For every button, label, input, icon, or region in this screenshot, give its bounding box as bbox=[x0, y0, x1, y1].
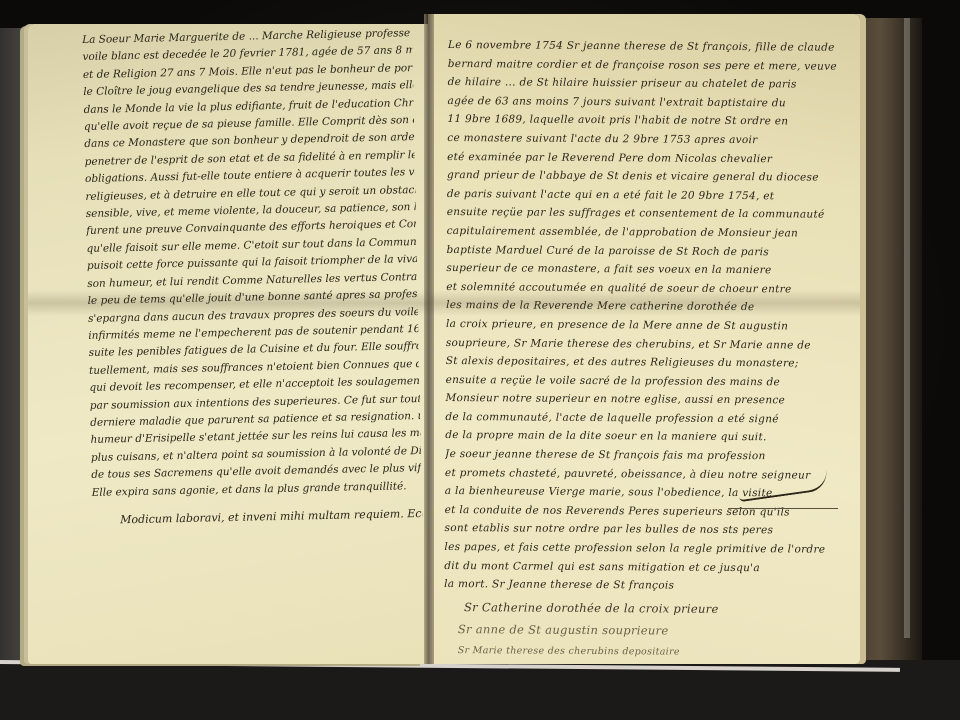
book-gutter bbox=[424, 14, 434, 664]
glass-shadow bbox=[28, 290, 860, 316]
text-line: grand prieur de l'abbaye de St denis et … bbox=[447, 166, 842, 187]
book-cover-right bbox=[858, 18, 922, 668]
signature: Sr anne de St augustin souprieure bbox=[444, 618, 839, 643]
text-line: la mort. Sr Jeanne therese de St françoi… bbox=[444, 575, 839, 596]
latin-epigraph: Modicum laboravi, et inveni mihi multam … bbox=[92, 505, 422, 529]
underline-rule bbox=[728, 508, 838, 509]
text-line: Je soeur jeanne therese de St françois f… bbox=[445, 445, 840, 466]
text-line: les papes, et fais cette profession selo… bbox=[444, 538, 839, 559]
obituary-text: La Soeur Marie Marguerite de ... Marche … bbox=[82, 25, 422, 529]
signatures: Sr Catherine dorothée de la croix prieur… bbox=[443, 596, 839, 664]
photo-scene: La Soeur Marie Marguerite de ... Marche … bbox=[0, 0, 960, 720]
signature: Sr Catherine dorothée de la croix prieur… bbox=[444, 596, 839, 621]
signature: Sr Marie therese des cherubins depositai… bbox=[444, 640, 839, 664]
text-line: de hilaire ... de St hilaire huissier pr… bbox=[448, 73, 843, 94]
left-page: La Soeur Marie Marguerite de ... Marche … bbox=[28, 24, 428, 664]
profession-act-text: Le 6 novembre 1754 Sr jeanne therese de … bbox=[443, 36, 843, 664]
text-line: Le 6 novembre 1754 Sr jeanne therese de … bbox=[448, 36, 843, 57]
text-line: ce monastere suivant l'acte du 2 9bre 17… bbox=[447, 129, 842, 150]
text-line: St alexis depositaires, et des autres Re… bbox=[446, 352, 841, 373]
text-line: superieur de ce monastere, a fait ses vo… bbox=[446, 259, 841, 280]
text-line: la croix prieure, en presence de la Mere… bbox=[446, 315, 841, 336]
right-page: Le 6 novembre 1754 Sr jeanne therese de … bbox=[428, 14, 860, 664]
glass-reflection bbox=[904, 18, 910, 638]
text-line: capitulairement assemblée, de l'approbat… bbox=[447, 222, 842, 243]
